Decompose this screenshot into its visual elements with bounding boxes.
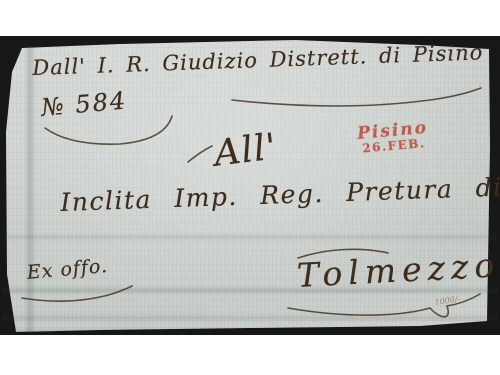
salutation: All'	[212, 126, 279, 174]
letter-photo: Dall' I. R. Giudizio Distrett. di Pisino…	[0, 36, 500, 335]
